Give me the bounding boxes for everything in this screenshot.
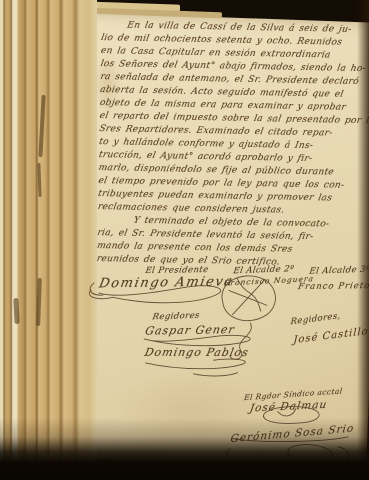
manuscript-photo: En la villa de Cassí de la Silva á seis … [0,0,369,480]
signature-rubrics [0,0,369,480]
page-right-shadow [357,0,369,480]
rubric-stroke [89,284,220,304]
table-shadow [0,418,369,480]
rubric-stroke [144,334,250,347]
rubric-stroke [193,372,237,377]
rubric-stroke [278,408,296,416]
rubric-stroke [146,357,246,369]
manuscript-text: En la villa de Cassí de la Silva á seis … [0,0,369,480]
rubric-stroke [229,291,267,306]
